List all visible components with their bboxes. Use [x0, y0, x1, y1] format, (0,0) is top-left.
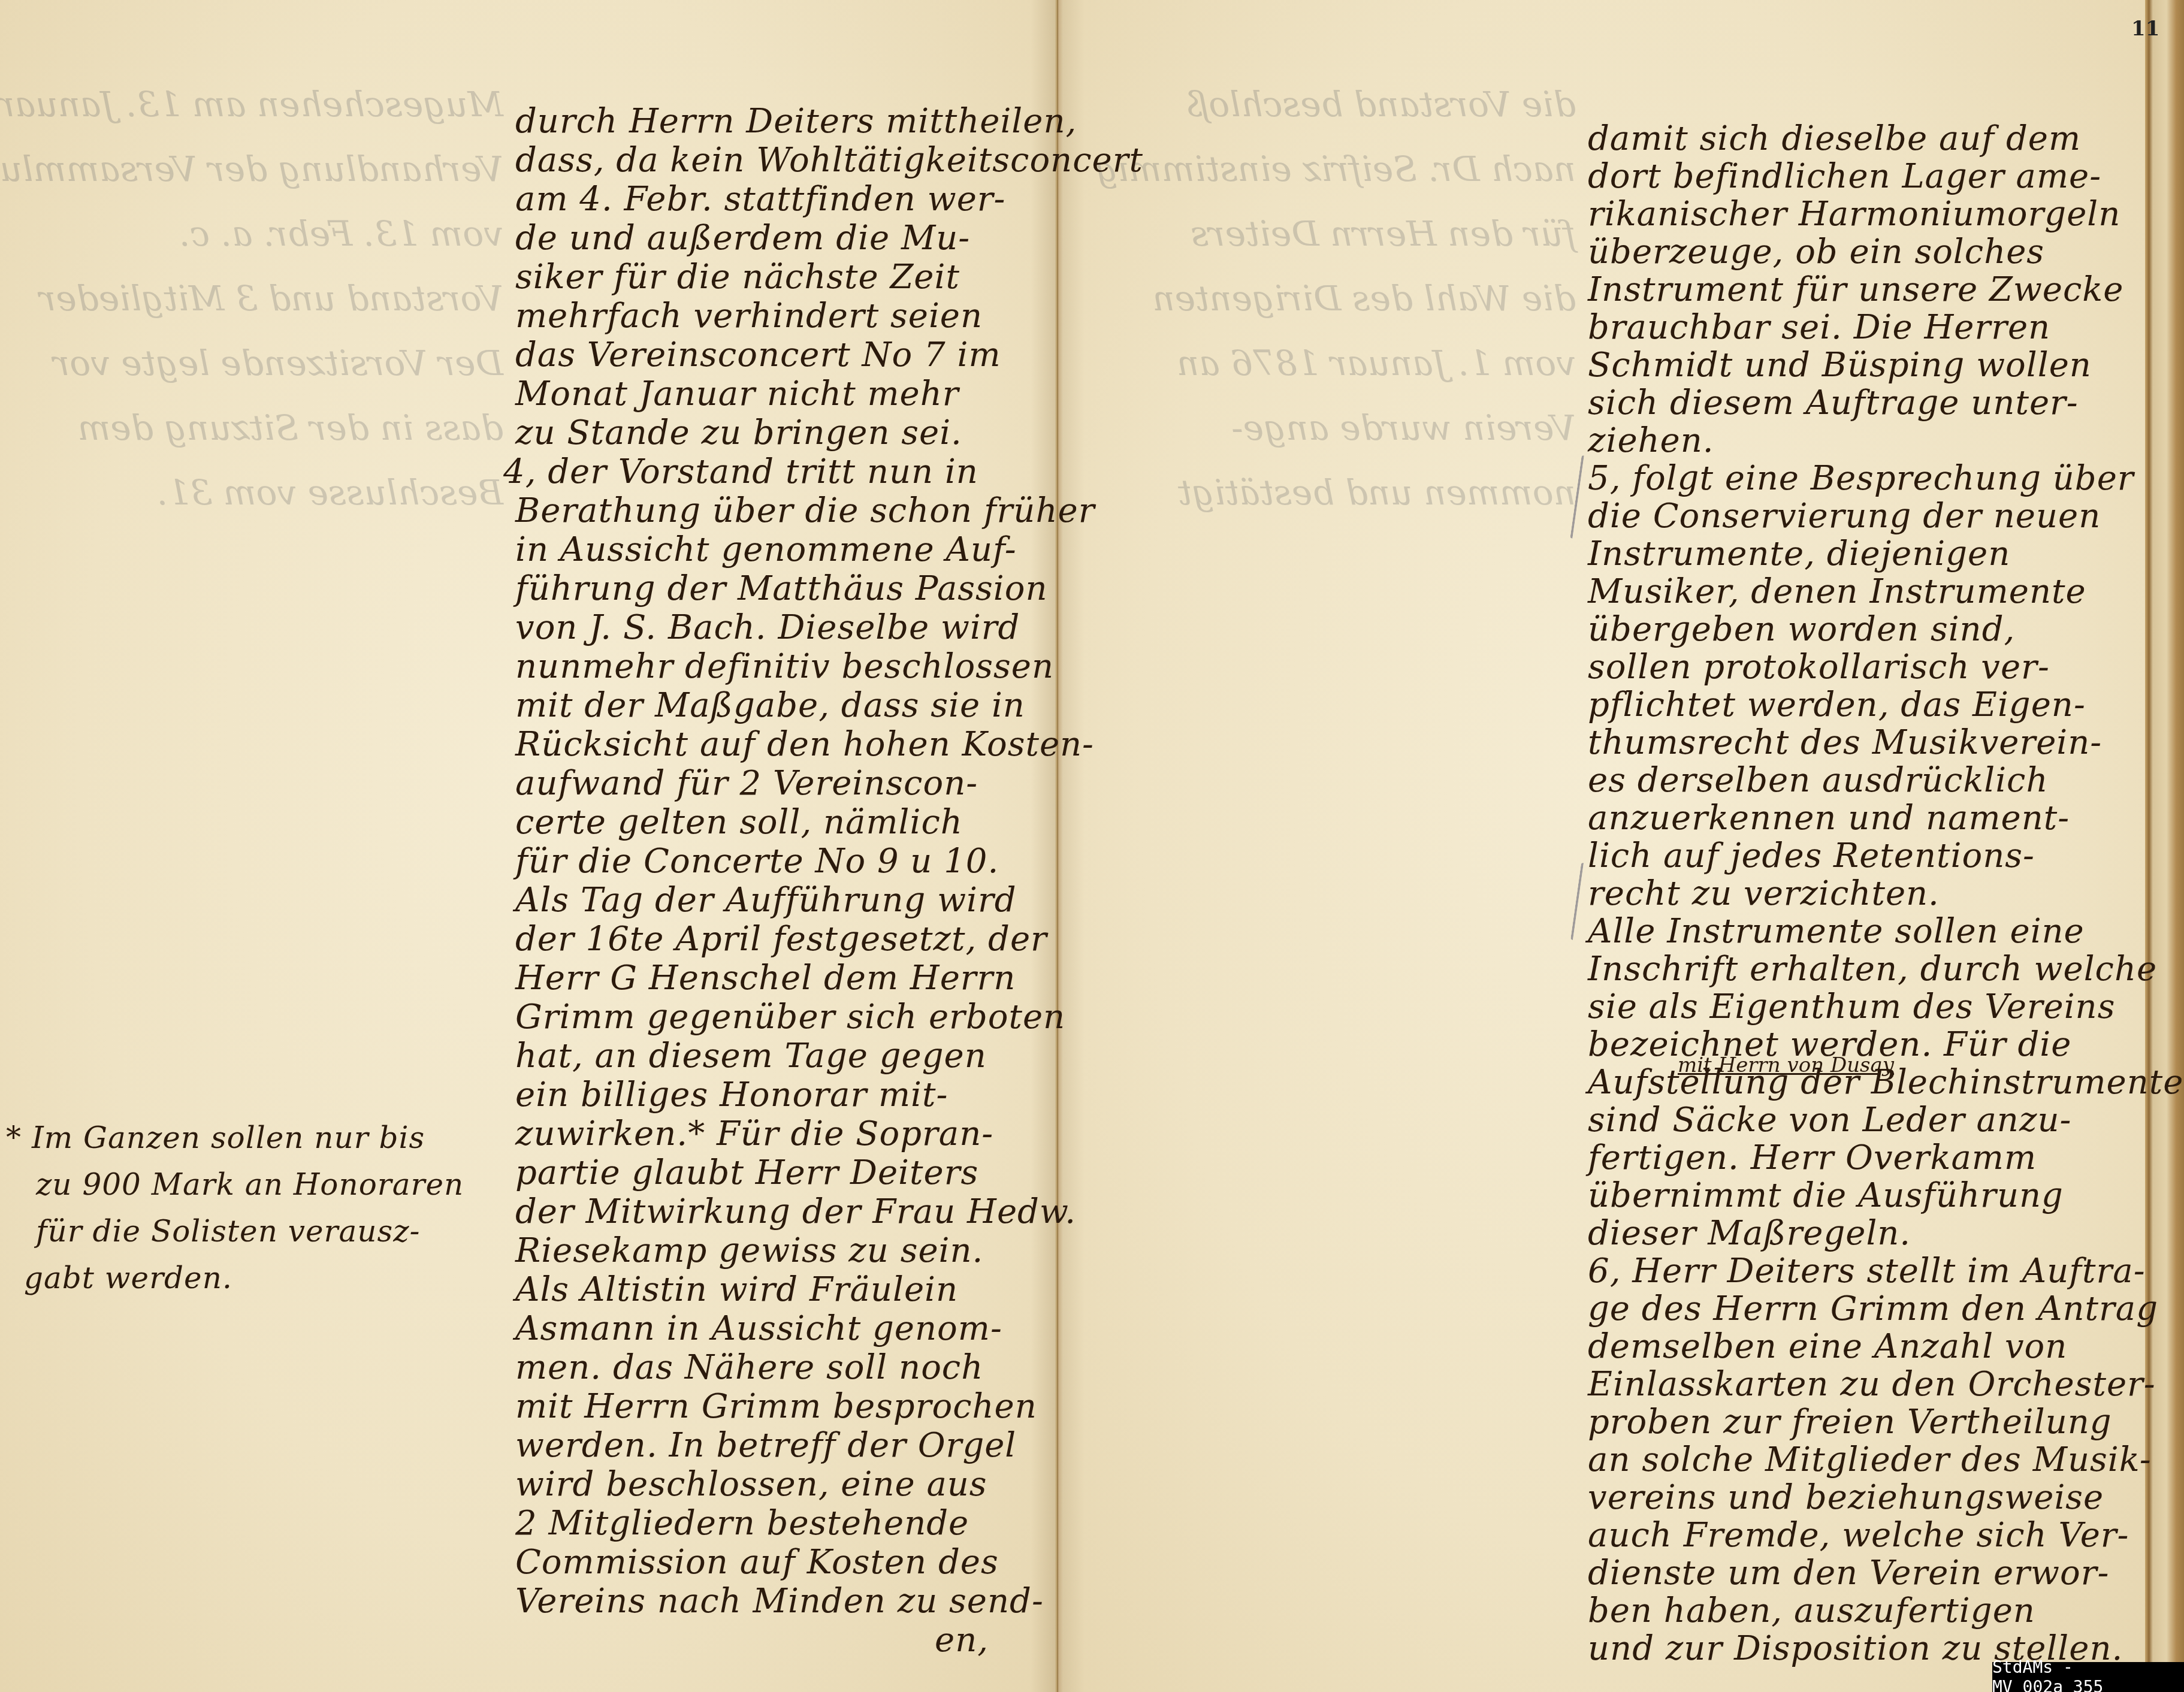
text-line: Alle Instrumente sollen eine [1588, 913, 2139, 950]
text-line: das Vereinsconcert No 7 im [515, 336, 1043, 374]
text-line: fertigen. Herr Overkamm [1588, 1139, 2139, 1177]
text-line: partie glaubt Herr Deiters [515, 1153, 1043, 1192]
text-line: demselben eine Anzahl von [1588, 1328, 2139, 1365]
text-line: Riesekamp gewiss zu sein. [515, 1231, 1043, 1270]
text-line: Rücksicht auf den hohen Kosten- [515, 725, 1043, 764]
text-line: Als Altistin wird Fräulein [515, 1270, 1043, 1309]
archive-label: StdAMs - MV_002a_355 [1992, 1662, 2184, 1692]
text-line: thumsrecht des Musikverein- [1588, 724, 2139, 762]
text-line: 5, folgt eine Besprechung über [1588, 460, 2139, 497]
text-line: werden. In betreff der Orgel [515, 1426, 1043, 1465]
text-line: en, [515, 1621, 1043, 1660]
text-line: dass, da kein Wohltätigkeitsconcert [515, 141, 1043, 180]
text-line: ziehen. [1588, 422, 2139, 460]
text-line: nunmehr definitiv beschlossen [515, 647, 1043, 686]
text-line: sie als Eigenthum des Vereins [1588, 988, 2139, 1026]
text-line: aufwand für 2 Vereinscon- [515, 764, 1043, 803]
text-line: Inschrift erhalten, durch welche [1588, 950, 2139, 988]
right-page-text: damit sich dieselbe auf dem dort befindl… [1588, 120, 2139, 1667]
text-line: zu Stande zu bringen sei. [515, 413, 1043, 452]
text-line: durch Herrn Deiters mittheilen, [515, 102, 1043, 141]
margin-note: * Im Ganzen sollen nur bis zu 900 Mark a… [6, 1114, 521, 1301]
bleed-through-left: Mugeschehen am 13. Januar Verhandlung de… [12, 72, 503, 525]
text-line: pflichtet werden, das Eigen- [1588, 686, 2139, 724]
text-line: ge des Herrn Grimm den Antrag [1588, 1290, 2139, 1328]
text-line: mit der Maßgabe, dass sie in [515, 686, 1043, 725]
interlinear-insertion: mit Herrn von Dusay [1678, 1053, 1894, 1077]
text-line: men. das Nähere soll noch [515, 1348, 1043, 1387]
text-line: ein billiges Honorar mit- [515, 1075, 1043, 1114]
text-line: Herr G Henschel dem Herrn [515, 959, 1043, 998]
text-line: zuwirken.* Für die Sopran- [515, 1114, 1043, 1153]
text-line: anzuerkennen und nament- [1588, 799, 2139, 837]
text-line: 6, Herr Deiters stellt im Auftra- [1588, 1252, 2139, 1290]
text-line: übergeben worden sind, [1588, 611, 2139, 648]
margin-note-line: zu 900 Mark an Honoraren [6, 1161, 521, 1208]
text-line: die Conservierung der neuen [1588, 497, 2139, 535]
margin-note-line: * Im Ganzen sollen nur bis [6, 1114, 521, 1161]
text-line: Instrumente, diejenigen [1588, 535, 2139, 573]
text-line: von J. S. Bach. Dieselbe wird [515, 608, 1043, 647]
text-line: am 4. Febr. stattfinden wer- [515, 180, 1043, 219]
text-line: der 16te April festgesetzt, der [515, 920, 1043, 959]
text-line: 2 Mitgliedern bestehende [515, 1504, 1043, 1543]
text-line: siker für die nächste Zeit [515, 258, 1043, 297]
text-line: Asmann in Aussicht genom- [515, 1309, 1043, 1348]
text-line: übernimmt die Ausführung [1588, 1177, 2139, 1214]
text-line: Musiker, denen Instrumente [1588, 573, 2139, 611]
text-line: lich auf jedes Retentions- [1588, 837, 2139, 875]
text-line: wird beschlossen, eine aus [515, 1465, 1043, 1504]
text-line: dort befindlichen Lager ame- [1588, 158, 2139, 195]
text-line: es derselben ausdrücklich [1588, 762, 2139, 799]
text-line: für die Concerte No 9 u 10. [515, 842, 1043, 881]
text-line: dieser Maßregeln. [1588, 1214, 2139, 1252]
text-line: recht zu verzichten. [1588, 875, 2139, 913]
text-line: rikanischer Harmoniumorgeln [1588, 195, 2139, 233]
text-line: Commission auf Kosten des [515, 1543, 1043, 1582]
text-line: in Aussicht genommene Auf- [515, 530, 1043, 569]
text-line: ben haben, auszufertigen [1588, 1592, 2139, 1630]
text-line: dienste um den Verein erwor- [1588, 1554, 2139, 1592]
text-line: certe gelten soll, nämlich [515, 803, 1043, 842]
text-line: Schmidt und Büsping wollen [1588, 346, 2139, 384]
text-line: hat, an diesem Tage gegen [515, 1037, 1043, 1075]
text-line: de und außerdem die Mu- [515, 219, 1043, 258]
folio-mark: 11 [2131, 17, 2159, 41]
text-line: 4, der Vorstand tritt nun in [503, 452, 1043, 491]
text-line: sich diesem Auftrage unter- [1588, 384, 2139, 422]
page-edge [2145, 0, 2184, 1692]
bleed-through-right: die Vorstand beschloß nach Dr. Seifriz e… [1096, 72, 1576, 525]
text-line: Grimm gegenüber sich erboten [515, 998, 1043, 1037]
text-line: an solche Mitglieder des Musik- [1588, 1441, 2139, 1479]
text-line: Vereins nach Minden zu send- [515, 1582, 1043, 1621]
text-line: proben zur freien Vertheilung [1588, 1403, 2139, 1441]
text-line: mit Herrn Grimm besprochen [515, 1387, 1043, 1426]
text-line: auch Fremde, welche sich Ver- [1588, 1516, 2139, 1554]
text-line: führung der Matthäus Passion [515, 569, 1043, 608]
margin-note-line: gabt werden. [6, 1255, 521, 1301]
manuscript-spread: Mugeschehen am 13. Januar Verhandlung de… [0, 0, 2184, 1692]
text-line: Als Tag der Aufführung wird [515, 881, 1043, 920]
text-line: mehrfach verhindert seien [515, 297, 1043, 336]
margin-note-line: für die Solisten verausz- [6, 1208, 521, 1255]
text-line: vereins und beziehungsweise [1588, 1479, 2139, 1516]
text-line: Monat Januar nicht mehr [515, 374, 1043, 413]
text-line: Einlasskarten zu den Orchester- [1588, 1365, 2139, 1403]
text-line: sollen protokollarisch ver- [1588, 648, 2139, 686]
text-line: überzeuge, ob ein solches [1588, 233, 2139, 271]
text-line: Instrument für unsere Zwecke [1588, 271, 2139, 309]
text-line: Berathung über die schon früher [515, 491, 1043, 530]
text-line: damit sich dieselbe auf dem [1588, 120, 2139, 158]
text-line: sind Säcke von Leder anzu- [1588, 1101, 2139, 1139]
text-line: der Mitwirkung der Frau Hedw. [515, 1192, 1043, 1231]
text-line: brauchbar sei. Die Herren [1588, 309, 2139, 346]
left-page-text: durch Herrn Deiters mittheilen, dass, da… [515, 102, 1043, 1660]
